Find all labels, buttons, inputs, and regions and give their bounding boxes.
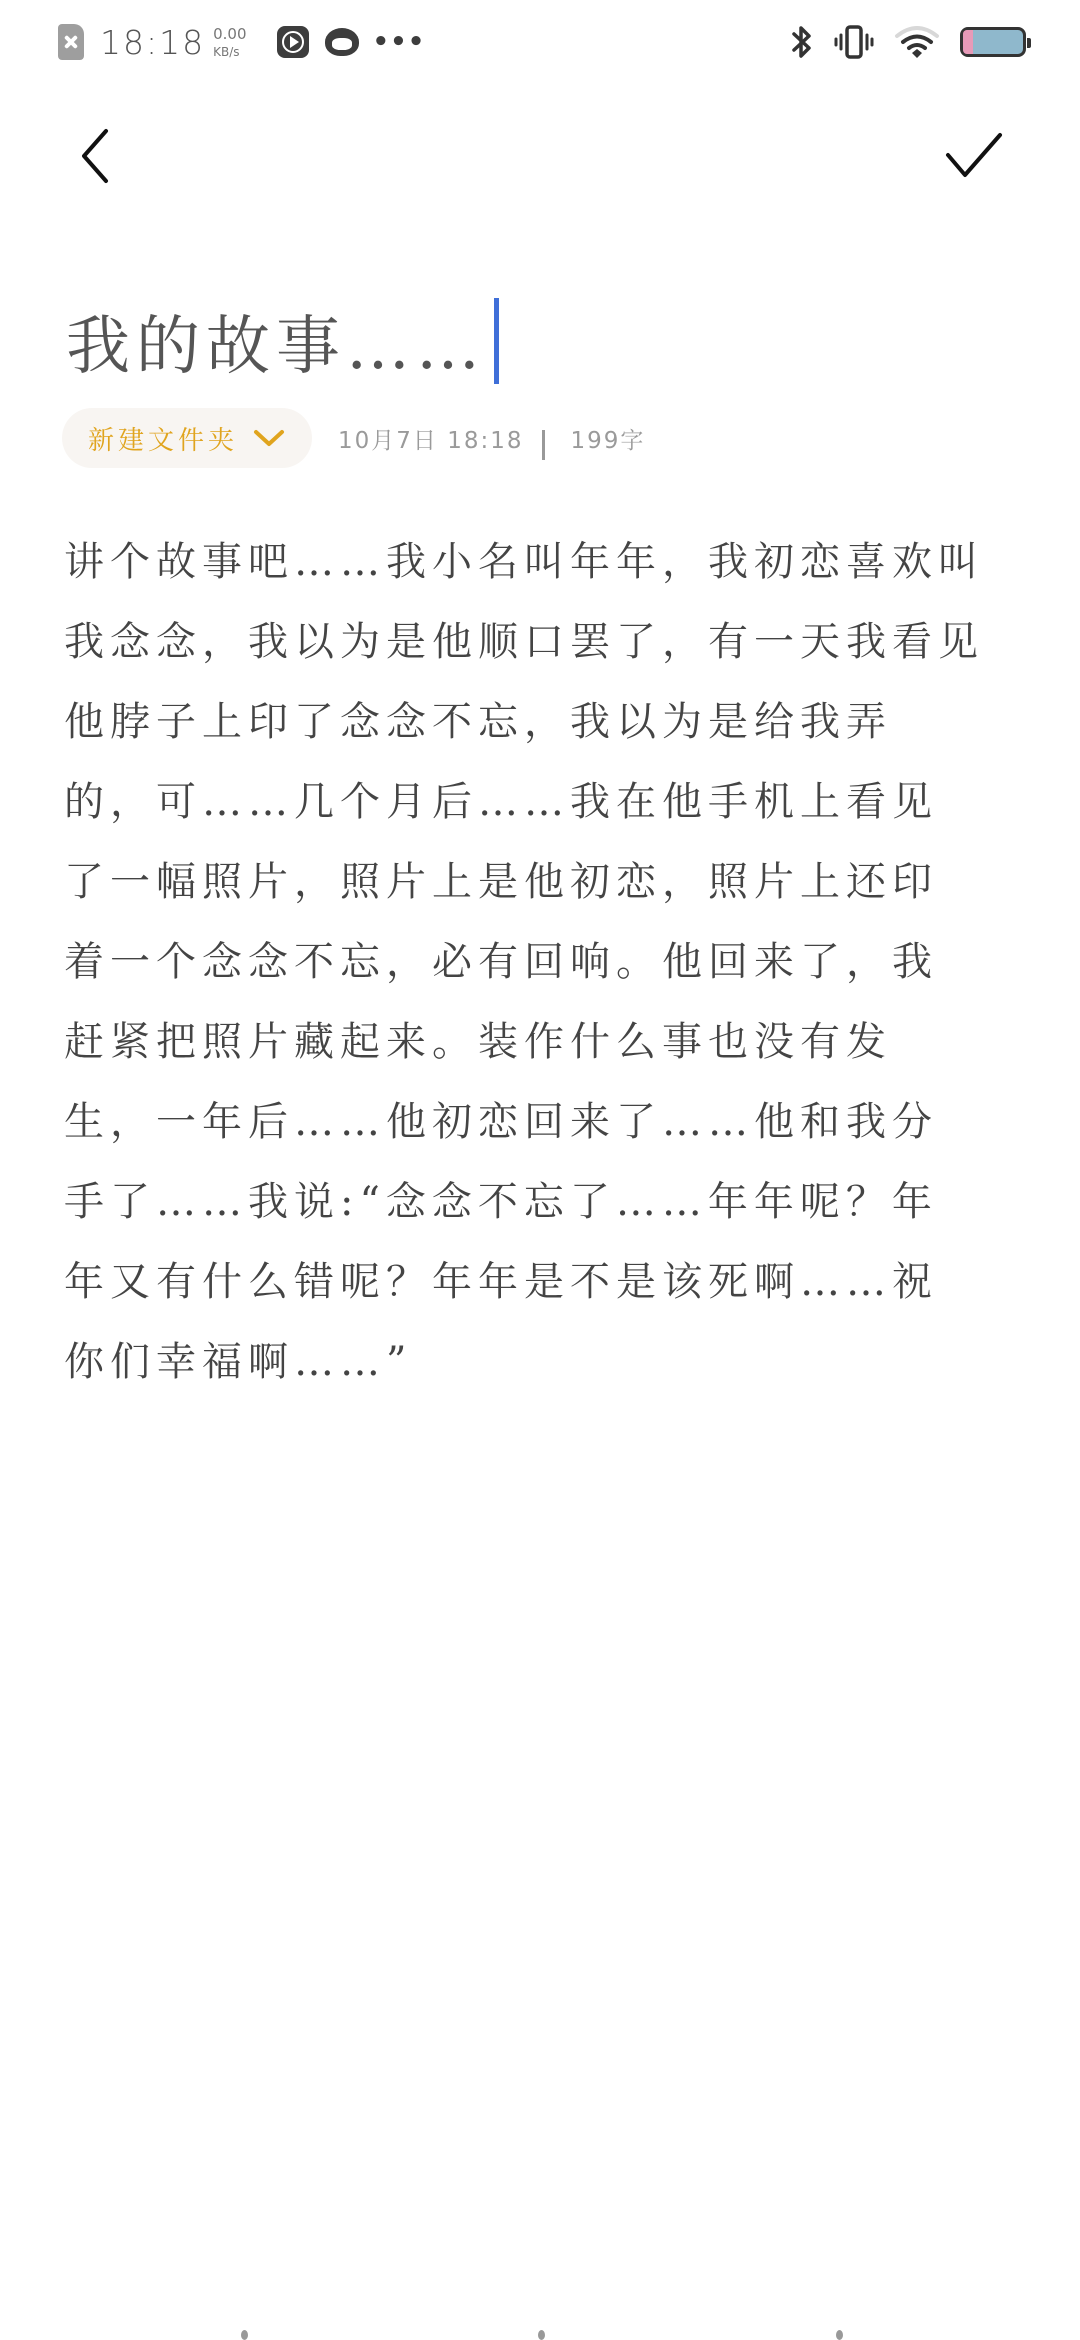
nav-dot[interactable]: [538, 2330, 545, 2340]
note-date: 10月7日 18:18: [338, 422, 524, 455]
meta-divider: [542, 430, 545, 460]
folder-selector[interactable]: 新建文件夹: [62, 408, 312, 468]
note-body-line: 赶紧把照片藏起来。装作什么事也没有发: [64, 1002, 1024, 1082]
nav-dot[interactable]: [241, 2330, 248, 2340]
note-body-line: 手了……我说:“念念不忘了……年年呢？年: [64, 1162, 1024, 1242]
note-title-input[interactable]: 我的故事……: [66, 295, 499, 387]
network-speed-value: 0.00: [213, 27, 246, 42]
note-editor-screen: 18:18 0.00 KB/s •••: [0, 0, 1080, 2340]
status-bar: 18:18 0.00 KB/s •••: [0, 0, 1080, 84]
chevron-left-icon: [70, 125, 130, 185]
note-meta-row: 新建文件夹 10月7日 18:18 199字: [62, 408, 645, 468]
cat-app-icon: [325, 28, 359, 56]
back-button[interactable]: [70, 125, 130, 185]
note-title-text: 我的故事……: [66, 295, 486, 387]
note-body-line: 了一幅照片，照片上是他初恋，照片上还印: [64, 842, 1024, 922]
chevron-down-icon: [252, 427, 286, 449]
note-body-line: 着一个念念不忘，必有回响。他回来了，我: [64, 922, 1024, 1002]
wifi-icon: [894, 24, 940, 60]
word-count: 199字: [571, 422, 646, 455]
bluetooth-icon: [790, 24, 814, 60]
more-notifications-icon: •••: [373, 27, 426, 57]
done-button[interactable]: [940, 125, 1010, 185]
video-app-icon: [277, 26, 309, 58]
note-body-line: 年又有什么错呢？年年是不是该死啊……祝: [64, 1242, 1024, 1322]
note-body-line: 的，可……几个月后……我在他手机上看见: [64, 762, 1024, 842]
note-body-line: 他脖子上印了念念不忘，我以为是给我弄: [64, 682, 1024, 762]
note-body-editor[interactable]: 讲个故事吧……我小名叫年年，我初恋喜欢叫 我念念，我以为是他顺口罢了，有一天我看…: [64, 522, 1024, 1402]
note-body-line: 讲个故事吧……我小名叫年年，我初恋喜欢叫: [64, 522, 1024, 602]
no-sim-icon: [58, 24, 84, 60]
vibrate-icon: [834, 24, 874, 60]
checkmark-icon: [940, 125, 1010, 185]
status-bar-left: 18:18 0.00 KB/s •••: [58, 20, 425, 64]
note-body-line: 你们幸福啊……”: [64, 1322, 1024, 1402]
network-speed: 0.00 KB/s: [213, 27, 246, 58]
folder-label: 新建文件夹: [88, 420, 238, 457]
status-bar-right: [790, 20, 1026, 64]
battery-icon: [960, 27, 1026, 57]
bottom-navigation-indicator: [0, 2326, 1080, 2340]
network-speed-unit: KB/s: [213, 46, 246, 58]
text-cursor: [494, 298, 499, 384]
note-body-line: 我念念，我以为是他顺口罢了，有一天我看见: [64, 602, 1024, 682]
status-time: 18:18: [100, 23, 205, 62]
nav-dot[interactable]: [836, 2330, 843, 2340]
note-body-line: 生，一年后……他初恋回来了……他和我分: [64, 1082, 1024, 1162]
